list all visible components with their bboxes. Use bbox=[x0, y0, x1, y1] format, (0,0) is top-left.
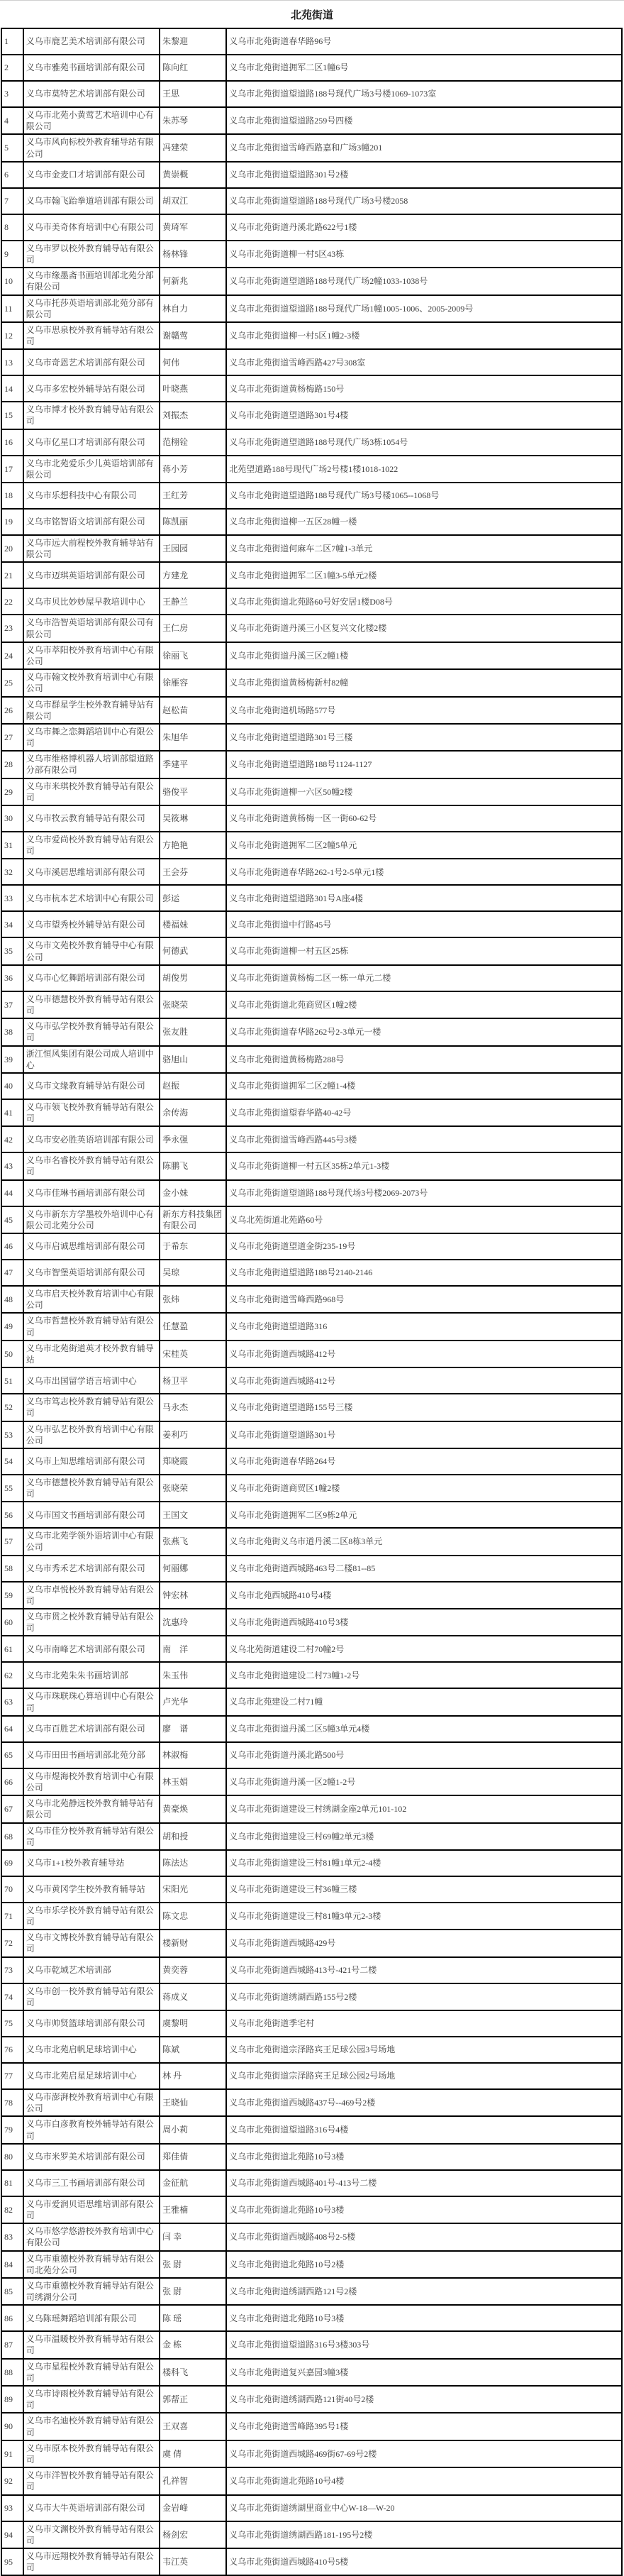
address-cell: 义乌市北苑街道西城路401号-413号二楼 bbox=[226, 2170, 622, 2196]
table-row: 22义乌市贝比妙妙屋早教培训中心王静兰义乌市北苑街道北苑路60号好安居1楼D08… bbox=[1, 588, 622, 615]
address-cell: 义乌市北苑街道雪峰路395号1楼 bbox=[226, 2413, 622, 2440]
org-name-cell: 义乌市新东方学墨校外培训中心有限公司北苑分公司 bbox=[23, 1206, 160, 1233]
table-row: 82义乌市爱润贝语思维培训部有限公司王雅楠义乌市北苑街道北苑路10号3楼 bbox=[1, 2196, 622, 2223]
contact-name-cell: 郑佳倩 bbox=[160, 2144, 226, 2170]
table-row: 31义乌市爱尚校外教育辅导站有限公司方艳艳义乌市北苑街道拥军二区2幢5单元 bbox=[1, 832, 622, 859]
row-number-cell: 18 bbox=[1, 483, 23, 509]
address-cell: 义乌市北苑街道丹溪三区2幢1楼 bbox=[226, 642, 622, 669]
row-number-cell: 57 bbox=[1, 1528, 23, 1555]
org-name-cell: 义乌市群星学生校外教育辅导站有限公司 bbox=[23, 697, 160, 724]
row-number-cell: 15 bbox=[1, 402, 23, 429]
address-cell: 义乌市北苑街道绣湖西路181-195号2楼 bbox=[226, 2521, 622, 2548]
address-cell: 义乌市北苑街道绣湖西路121号2楼 bbox=[226, 2278, 622, 2305]
contact-name-cell: 黄琦军 bbox=[160, 214, 226, 241]
table-row: 86义乌陈瑶舞蹈培训部有限公司陈 瑶义乌市北苑街道北苑路10号3楼 bbox=[1, 2305, 622, 2331]
contact-name-cell: 孔祥智 bbox=[160, 2467, 226, 2494]
table-row: 35义乌市文苑校外教育辅导中心有限公司何德武义乌市北苑街道柳一村五区25栋 bbox=[1, 937, 622, 964]
org-name-cell: 义乌市国文书画培训部有限公司 bbox=[23, 1502, 160, 1528]
address-cell: 义乌市北苑街道丹溪北路500号 bbox=[226, 1742, 622, 1768]
address-cell: 义乌市北苑街道建设三村81幢1单元2-4楼 bbox=[226, 1850, 622, 1876]
org-name-cell: 义乌市米罗美术培训部有限公司 bbox=[23, 2144, 160, 2170]
org-name-cell: 义乌市佳琳书画培训部有限公司 bbox=[23, 1180, 160, 1206]
contact-name-cell: 徐雁容 bbox=[160, 669, 226, 696]
org-name-cell: 义乌市乐想科技中心有限公司 bbox=[23, 483, 160, 509]
org-name-cell: 义乌市鹿艺美术培训部有限公司 bbox=[23, 28, 160, 55]
contact-name-cell: 陈凯丽 bbox=[160, 509, 226, 535]
address-cell: 义乌市北苑街道宗泽路宾王足球公园2号场地 bbox=[226, 2063, 622, 2089]
address-cell: 义乌北苑街道建设二村70幢2号 bbox=[226, 1636, 622, 1662]
row-number-cell: 40 bbox=[1, 1073, 23, 1099]
table-row: 69义乌市1+1校外教育辅导站陈法达义乌市北苑街道建设三村81幢1单元2-4楼 bbox=[1, 1850, 622, 1876]
row-number-cell: 91 bbox=[1, 2440, 23, 2467]
table-row: 75义乌市帅贤篮球培训部有限公司虞黎明义乌市北苑街道季宅村 bbox=[1, 2010, 622, 2037]
address-cell: 义乌市北苑街道丹溪北路622号1楼 bbox=[226, 214, 622, 241]
contact-name-cell: 林自力 bbox=[160, 295, 226, 322]
contact-name-cell: 赵松苗 bbox=[160, 697, 226, 724]
address-cell: 义乌市北苑街道柳一六区50幢2楼 bbox=[226, 778, 622, 805]
address-cell: 义乌市北苑街道西城路408号2-5楼 bbox=[226, 2223, 622, 2250]
address-cell: 义乌市北苑街道建设三村69幢2单元3楼 bbox=[226, 1823, 622, 1850]
table-row: 47义乌市智堡英语培训部有限公司吴琼义乌市北苑街道望道路188号2140-214… bbox=[1, 1260, 622, 1286]
org-name-cell: 义乌市启天校外教育培训中心有限公司 bbox=[23, 1286, 160, 1313]
contact-name-cell: 金小妹 bbox=[160, 1180, 226, 1206]
contact-name-cell: 胡双江 bbox=[160, 188, 226, 214]
contact-name-cell: 郑晓霞 bbox=[160, 1448, 226, 1475]
org-name-cell: 义乌市智堡英语培训部有限公司 bbox=[23, 1260, 160, 1286]
org-name-cell: 义乌市心忆舞蹈培训部有限公司 bbox=[23, 965, 160, 991]
table-row: 32义乌市溪居思维培训部有限公司王会芬义乌市北苑街道春华路262-1号2-5单元… bbox=[1, 859, 622, 885]
contact-name-cell: 王雅楠 bbox=[160, 2196, 226, 2223]
contact-name-cell: 廖 谱 bbox=[160, 1716, 226, 1742]
table-row: 90义乌市名迪校外教育辅导站有限公司王双喜义乌市北苑街道雪峰路395号1楼 bbox=[1, 2413, 622, 2440]
org-name-cell: 义乌市溪居思维培训部有限公司 bbox=[23, 859, 160, 885]
address-cell: 义乌市北苑街道拥军二区9栋2单元 bbox=[226, 1502, 622, 1528]
row-number-cell: 63 bbox=[1, 1688, 23, 1715]
table-row: 51义乌市出国留学语言培训中心杨卫平义乌市北苑街道西城路412号 bbox=[1, 1367, 622, 1394]
row-number-cell: 88 bbox=[1, 2359, 23, 2386]
contact-name-cell: 吴筱琳 bbox=[160, 805, 226, 832]
org-name-cell: 义乌市文缘教育辅导站有限公司 bbox=[23, 1073, 160, 1099]
table-row: 67义乌市北苑静远校外教育辅导站有限公司黄豪焕义乌市北苑街道建设三村绣湖金座2单… bbox=[1, 1795, 622, 1822]
table-row: 58义乌市秀禾艺术培训部有限公司何丽娜义乌市北苑街道西城路463号二楼81--8… bbox=[1, 1556, 622, 1582]
contact-name-cell: 张晓荣 bbox=[160, 991, 226, 1018]
address-cell: 义乌市北苑街道望道路188号现代广场3栋1054号 bbox=[226, 429, 622, 456]
contact-name-cell: 张燕飞 bbox=[160, 1528, 226, 1555]
table-row: 73义乌市乾域艺术培训部黄奕蓉义乌市北苑街道西城路413号-421号二楼 bbox=[1, 1957, 622, 1983]
table-row: 15义乌市博才校外教育辅导站有限公司刘振杰义乌市北苑街道望道路301号4楼 bbox=[1, 402, 622, 429]
org-name-cell: 义乌市舞之恋舞蹈培训中心有限公司 bbox=[23, 724, 160, 751]
row-number-cell: 2 bbox=[1, 55, 23, 81]
table-row: 66义乌市煜海校外教育培训中心有限公司林玉娟义乌市北苑街道丹溪一区2幢1-2号 bbox=[1, 1768, 622, 1795]
address-cell: 义乌北苑街道北苑路60号 bbox=[226, 1206, 622, 1233]
row-number-cell: 71 bbox=[1, 1903, 23, 1930]
contact-name-cell: 马永杰 bbox=[160, 1394, 226, 1421]
address-cell: 义乌市北苑街道春华路262号2-3单元一楼 bbox=[226, 1018, 622, 1045]
contact-name-cell: 余传海 bbox=[160, 1099, 226, 1126]
row-number-cell: 62 bbox=[1, 1662, 23, 1688]
table-row: 44义乌市佳琳书画培训部有限公司金小妹义乌市北苑街道望道路188号现代场3号楼2… bbox=[1, 1180, 622, 1206]
table-row: 93义乌市大牛英语培训部有限公司金岩峰义乌市北苑街道绣湖里商业中心W-18—W-… bbox=[1, 2495, 622, 2521]
table-row: 83义乌市悠学悠游校外教育培训中心有限公司闫 幸义乌市北苑街道西城路408号2-… bbox=[1, 2223, 622, 2250]
contact-name-cell: 陈 瑶 bbox=[160, 2305, 226, 2331]
org-name-cell: 义乌市翰文校外教育培训中心有限公司 bbox=[23, 669, 160, 696]
row-number-cell: 95 bbox=[1, 2548, 23, 2575]
row-number-cell: 69 bbox=[1, 1850, 23, 1876]
org-name-cell: 义乌市珠联珠心算培训中心有限公司 bbox=[23, 1688, 160, 1715]
org-name-cell: 义乌市北苑小黄莺艺术培训中心有限公司 bbox=[23, 107, 160, 134]
row-number-cell: 70 bbox=[1, 1876, 23, 1903]
org-name-cell: 义乌市田田书画培训部北苑分部 bbox=[23, 1742, 160, 1768]
contact-name-cell: 任慧盈 bbox=[160, 1313, 226, 1340]
org-name-cell: 义乌市澎湃校外教育培训中心有限公司 bbox=[23, 2089, 160, 2116]
org-name-cell: 义乌市煜海校外教育培训中心有限公司 bbox=[23, 1768, 160, 1795]
org-name-cell: 义乌市远大前程校外教育辅导站有限公司 bbox=[23, 535, 160, 562]
row-number-cell: 87 bbox=[1, 2331, 23, 2358]
table-row: 64义乌市百胜艺术培训部有限公司廖 谱义乌市北苑街道丹溪二区5幢3单元4楼 bbox=[1, 1716, 622, 1742]
address-cell: 义乌市北苑街道建设二村73幢1-2号 bbox=[226, 1662, 622, 1688]
org-name-cell: 义乌市文渊校外教育辅导站有限公司 bbox=[23, 2521, 160, 2548]
contact-name-cell: 王思 bbox=[160, 81, 226, 107]
address-cell: 义乌市北苑街道黄杨梅一区一街60-62号 bbox=[226, 805, 622, 832]
table-row: 74义乌市创一校外教育辅导站有限公司蒋成义义乌市北苑街道绣湖西路155号2楼 bbox=[1, 1983, 622, 2010]
table-row: 95义乌市远翔校外教育辅导站有限公司韦江英义乌市北苑街道西城路410号5楼 bbox=[1, 2548, 622, 2575]
address-cell: 义乌市北苑街道望道路301号2楼 bbox=[226, 162, 622, 188]
org-name-cell: 义乌市星程校外教育辅导站有限公司 bbox=[23, 2359, 160, 2386]
org-name-cell: 义乌市弘学校外教育辅导站有限公司 bbox=[23, 1018, 160, 1045]
table-row: 78义乌市澎湃校外教育培训中心有限公司王晓仙义乌市北苑街道西城路437号--46… bbox=[1, 2089, 622, 2116]
table-row: 5义乌市风向标校外教育辅导站有限公司冯建荣义乌市北苑街道雪峰西路嘉和广场3幢20… bbox=[1, 134, 622, 161]
org-name-cell: 义乌市维格博机器人培训部望道路分部有限公司 bbox=[23, 751, 160, 778]
contact-name-cell: 徐丽飞 bbox=[160, 642, 226, 669]
contact-name-cell: 陈向红 bbox=[160, 55, 226, 81]
row-number-cell: 85 bbox=[1, 2278, 23, 2305]
table-row: 43义乌市名睿校外教育辅导站有限公司陈鹏飞义乌市北苑街道柳一村五区35栋2单元1… bbox=[1, 1152, 622, 1179]
address-cell: 义乌市北苑街道建设三村绣湖金座2单元101-102 bbox=[226, 1795, 622, 1822]
row-number-cell: 1 bbox=[1, 28, 23, 55]
address-cell: 义乌市北苑街道望道路259号四楼 bbox=[226, 107, 622, 134]
contact-name-cell: 虞 倩 bbox=[160, 2440, 226, 2467]
contact-name-cell: 宋桂英 bbox=[160, 1341, 226, 1367]
table-row: 61义乌市南峰艺术培训部有限公司南 洋义乌北苑街道建设二村70幢2号 bbox=[1, 1636, 622, 1662]
org-name-cell: 义乌市思泉校外教育辅导站有限公司 bbox=[23, 322, 160, 349]
org-name-cell: 义乌市莫特艺术培训部有限公司 bbox=[23, 81, 160, 107]
row-number-cell: 33 bbox=[1, 885, 23, 911]
org-name-cell: 义乌市爱尚校外教育辅导站有限公司 bbox=[23, 832, 160, 859]
org-name-cell: 义乌市远翔校外教育辅导站有限公司 bbox=[23, 2548, 160, 2575]
table-row: 84义乌市重德校外教育辅导站有限公司北苑分公司张 尉义乌市北苑街道北苑路10号2… bbox=[1, 2251, 622, 2278]
contact-name-cell: 宋阳光 bbox=[160, 1876, 226, 1903]
table-row: 89义乌市诗雨校外教育辅导站有限公司郭帮正义乌市北苑街道绣湖西路121街40号2… bbox=[1, 2386, 622, 2413]
org-name-cell: 义乌市望秀校外辅导站有限公司 bbox=[23, 911, 160, 937]
address-cell: 义乌市北苑街道拥军二区2幢5单元 bbox=[226, 832, 622, 859]
address-cell: 义乌市北苑西城路410号4楼 bbox=[226, 1582, 622, 1609]
table-row: 60义乌市贯之校外教育辅导站有限公司沈惠玲义乌市北苑街道西城路410号3楼 bbox=[1, 1609, 622, 1636]
contact-name-cell: 张 尉 bbox=[160, 2251, 226, 2278]
row-number-cell: 64 bbox=[1, 1716, 23, 1742]
contact-name-cell: 周小莉 bbox=[160, 2116, 226, 2143]
contact-name-cell: 吴琼 bbox=[160, 1260, 226, 1286]
address-cell: 义乌市北苑街道北苑路10号4楼 bbox=[226, 2467, 622, 2494]
address-cell: 义乌市北苑街道望道路188号现代广场2幢1033-1038号 bbox=[226, 268, 622, 295]
row-number-cell: 68 bbox=[1, 1823, 23, 1850]
contact-name-cell: 楼新财 bbox=[160, 1930, 226, 1956]
org-name-cell: 义乌市洋智校外教育辅导站有限公司 bbox=[23, 2467, 160, 2494]
contact-name-cell: 闫 幸 bbox=[160, 2223, 226, 2250]
row-number-cell: 50 bbox=[1, 1341, 23, 1367]
address-cell: 义乌市北苑街道春华路96号 bbox=[226, 28, 622, 55]
contact-name-cell: 杨剑宏 bbox=[160, 2521, 226, 2548]
org-name-cell: 义乌市翰飞跆拳道培训部有限公司 bbox=[23, 188, 160, 214]
contact-name-cell: 方艳艳 bbox=[160, 832, 226, 859]
address-cell: 义乌市北苑街道望道路316号4楼 bbox=[226, 2116, 622, 2143]
contact-name-cell: 金 栋 bbox=[160, 2331, 226, 2358]
contact-name-cell: 骆俊平 bbox=[160, 778, 226, 805]
address-cell: 义乌市北苑街道中行路45号 bbox=[226, 911, 622, 937]
row-number-cell: 19 bbox=[1, 509, 23, 535]
contact-name-cell: 韦江英 bbox=[160, 2548, 226, 2575]
training-institutions-table: 1义乌市鹿艺美术培训部有限公司朱黎迎义乌市北苑街道春华路96号2义乌市雅苑书画培… bbox=[1, 28, 623, 2576]
address-cell: 义乌市北苑街道春华路264号 bbox=[226, 1448, 622, 1475]
org-name-cell: 义乌市北苑爱乐少儿英语培训部有限公司 bbox=[23, 456, 160, 483]
org-name-cell: 义乌市三工书画培训部有限公司 bbox=[23, 2170, 160, 2196]
row-number-cell: 3 bbox=[1, 81, 23, 107]
row-number-cell: 24 bbox=[1, 642, 23, 669]
org-name-cell: 义乌市领飞校外教育辅导站有限公司 bbox=[23, 1099, 160, 1126]
org-name-cell: 义乌市缘墨斋书画培训部北苑分部有限公司 bbox=[23, 268, 160, 295]
table-row: 8义乌市美奇体育培训中心有限公司黄琦军义乌市北苑街道丹溪北路622号1楼 bbox=[1, 214, 622, 241]
contact-name-cell: 钟宏林 bbox=[160, 1582, 226, 1609]
row-number-cell: 34 bbox=[1, 911, 23, 937]
table-row: 11义乌市托莎英语培训部北苑分部有限公司林自力义乌市北苑街道望道路188号现代广… bbox=[1, 295, 622, 322]
row-number-cell: 38 bbox=[1, 1018, 23, 1045]
row-number-cell: 11 bbox=[1, 295, 23, 322]
row-number-cell: 76 bbox=[1, 2037, 23, 2063]
row-number-cell: 52 bbox=[1, 1394, 23, 1421]
row-number-cell: 44 bbox=[1, 1180, 23, 1206]
address-cell: 义乌市北苑街道春华路262-1号2-5单元1楼 bbox=[226, 859, 622, 885]
contact-name-cell: 谢赣莺 bbox=[160, 322, 226, 349]
row-number-cell: 51 bbox=[1, 1367, 23, 1394]
row-number-cell: 4 bbox=[1, 107, 23, 134]
address-cell: 义乌市北苑街道望道路301号三楼 bbox=[226, 724, 622, 751]
org-name-cell: 义乌市白彦教育校外辅导站有限公司 bbox=[23, 2116, 160, 2143]
table-row: 14义乌市多宏校外辅导站有限公司叶晓燕义乌市北苑街道黄杨梅路150号 bbox=[1, 375, 622, 402]
row-number-cell: 41 bbox=[1, 1099, 23, 1126]
address-cell: 义乌市北苑街道柳一五区28幢一楼 bbox=[226, 509, 622, 535]
row-number-cell: 9 bbox=[1, 241, 23, 268]
contact-name-cell: 王国文 bbox=[160, 1502, 226, 1528]
table-row: 56义乌市国文书画培训部有限公司王国文义乌市北苑街道拥军二区9栋2单元 bbox=[1, 1502, 622, 1528]
table-row: 65义乌市田田书画培训部北苑分部林淑梅义乌市北苑街道丹溪北路500号 bbox=[1, 1742, 622, 1768]
org-name-cell: 义乌市多宏校外辅导站有限公司 bbox=[23, 375, 160, 402]
contact-name-cell: 叶晓燕 bbox=[160, 375, 226, 402]
address-cell: 义乌市北苑街道西城路429号 bbox=[226, 1930, 622, 1956]
contact-name-cell: 张炜 bbox=[160, 1286, 226, 1313]
org-name-cell: 义乌市1+1校外教育辅导站 bbox=[23, 1850, 160, 1876]
org-name-cell: 义乌市诗雨校外教育辅导站有限公司 bbox=[23, 2386, 160, 2413]
org-name-cell: 义乌市奇恩艺术培训部有限公司 bbox=[23, 349, 160, 375]
row-number-cell: 49 bbox=[1, 1313, 23, 1340]
contact-name-cell: 陈鹏飞 bbox=[160, 1152, 226, 1179]
org-name-cell: 义乌市温暖校外教育辅导站有限公司 bbox=[23, 2331, 160, 2358]
table-row: 6义乌市金麦口才培训部有限公司黄崇概义乌市北苑街道望道路301号2楼 bbox=[1, 162, 622, 188]
table-row: 27义乌市舞之恋舞蹈培训中心有限公司朱旭华义乌市北苑街道望道路301号三楼 bbox=[1, 724, 622, 751]
row-number-cell: 86 bbox=[1, 2305, 23, 2331]
org-name-cell: 义乌市重德校外教育辅导站有限公司北苑分公司 bbox=[23, 2251, 160, 2278]
address-cell: 义乌市北苑街道黄杨梅新村82幢 bbox=[226, 669, 622, 696]
address-cell: 义乌市北苑街道建设三村81幢3单元2-3楼 bbox=[226, 1903, 622, 1930]
org-name-cell: 义乌市哲慧校外教育辅导站有限公司 bbox=[23, 1313, 160, 1340]
org-name-cell: 义乌市出国留学语言培训中心 bbox=[23, 1367, 160, 1394]
contact-name-cell: 朱旭华 bbox=[160, 724, 226, 751]
contact-name-cell: 张 尉 bbox=[160, 2278, 226, 2305]
table-row: 81义乌市三工书画培训部有限公司金征航义乌市北苑街道西城路401号-413号二楼 bbox=[1, 2170, 622, 2196]
table-row: 33义乌市杭本艺术培训中心有限公司彭运义乌市北苑街道望道路301号A座4楼 bbox=[1, 885, 622, 911]
table-row: 26义乌市群星学生校外教育辅导站有限公司赵松苗义乌市北苑街道机场路577号 bbox=[1, 697, 622, 724]
address-cell: 义乌市北苑街道北苑路10号3楼 bbox=[226, 2144, 622, 2170]
address-cell: 义乌市北苑街道望道路301号4楼 bbox=[226, 402, 622, 429]
contact-name-cell: 卢光华 bbox=[160, 1688, 226, 1715]
org-name-cell: 义乌市南峰艺术培训部有限公司 bbox=[23, 1636, 160, 1662]
org-name-cell: 义乌市北苑街道英才校外教育辅导站 bbox=[23, 1341, 160, 1367]
contact-name-cell: 林淑梅 bbox=[160, 1742, 226, 1768]
row-number-cell: 92 bbox=[1, 2467, 23, 2494]
contact-name-cell: 胡和授 bbox=[160, 1823, 226, 1850]
table-row: 28义乌市维格博机器人培训部望道路分部有限公司季建平义乌市北苑街道望道路188号… bbox=[1, 751, 622, 778]
table-row: 72义乌市文博校外教育辅导站有限公司楼新财义乌市北苑街道西城路429号 bbox=[1, 1930, 622, 1956]
row-number-cell: 84 bbox=[1, 2251, 23, 2278]
address-cell: 北苑望道路188号现代广场2号楼1楼1018-1022 bbox=[226, 456, 622, 483]
table-row: 40义乌市文缘教育辅导站有限公司赵振义乌市北苑街道拥军二区2幢1-4楼 bbox=[1, 1073, 622, 1099]
contact-name-cell: 季建平 bbox=[160, 751, 226, 778]
contact-name-cell: 黄奕蓉 bbox=[160, 1957, 226, 1983]
contact-name-cell: 虞黎明 bbox=[160, 2010, 226, 2037]
org-name-cell: 义乌市帅贤篮球培训部有限公司 bbox=[23, 2010, 160, 2037]
table-row: 23义乌市浩智英语培训部有限公司有限公司王仁房义乌市北苑街道丹溪三小区复兴文化楼… bbox=[1, 615, 622, 642]
org-name-cell: 义乌市萃阳校外教育培训中心有限公司 bbox=[23, 642, 160, 669]
address-cell: 义乌市北苑街道西城路413号-421号二楼 bbox=[226, 1957, 622, 1983]
address-cell: 义乌市北苑街道望道路188号现代场3号楼2069-2073号 bbox=[226, 1180, 622, 1206]
contact-name-cell: 郭帮正 bbox=[160, 2386, 226, 2413]
address-cell: 义乌市北苑街道丹溪三小区复兴文化楼2楼 bbox=[226, 615, 622, 642]
row-number-cell: 89 bbox=[1, 2386, 23, 2413]
table-row: 42义乌市安必胜英语培训部有限公司季永强义乌市北苑街道雪峰西路445号3楼 bbox=[1, 1126, 622, 1152]
row-number-cell: 83 bbox=[1, 2223, 23, 2250]
org-name-cell: 义乌市北苑启星足球培训中心 bbox=[23, 2063, 160, 2089]
table-row: 25义乌市翰文校外教育培训中心有限公司徐雁容义乌市北苑街道黄杨梅新村82幢 bbox=[1, 669, 622, 696]
table-row: 80义乌市米罗美术培训部有限公司郑佳倩义乌市北苑街道北苑路10号3楼 bbox=[1, 2144, 622, 2170]
org-name-cell: 义乌市托莎英语培训部北苑分部有限公司 bbox=[23, 295, 160, 322]
row-number-cell: 53 bbox=[1, 1421, 23, 1448]
table-row: 52义乌市笃志校外教育辅导站有限公司马永杰义乌市北苑街道望道路155号三楼 bbox=[1, 1394, 622, 1421]
org-name-cell: 义乌市悠学悠游校外教育培训中心有限公司 bbox=[23, 2223, 160, 2250]
row-number-cell: 17 bbox=[1, 456, 23, 483]
address-cell: 义乌市北苑街道机场路577号 bbox=[226, 697, 622, 724]
contact-name-cell: 新东方科技集团有限公司 bbox=[160, 1206, 226, 1233]
org-name-cell: 义乌市卓悦校外教育辅导站有限公司 bbox=[23, 1582, 160, 1609]
contact-name-cell: 杨卫平 bbox=[160, 1367, 226, 1394]
org-name-cell: 浙江恒风集团有限公司成人培训中心 bbox=[23, 1046, 160, 1073]
table-row: 91义乌市原本校外教育辅导站有限公司虞 倩义乌市北苑街道西城路469街67-69… bbox=[1, 2440, 622, 2467]
address-cell: 义乌市北苑街道建设三村36幢三楼 bbox=[226, 1876, 622, 1903]
contact-name-cell: 何新兆 bbox=[160, 268, 226, 295]
contact-name-cell: 楼科飞 bbox=[160, 2359, 226, 2386]
row-number-cell: 66 bbox=[1, 1768, 23, 1795]
table-row: 18义乌市乐想科技中心有限公司王红芳义乌市北苑街道望道路188号现代广场3号楼1… bbox=[1, 483, 622, 509]
table-row: 71义乌市乐学校外教育辅导站有限公司陈文忠义乌市北苑街道建设三村81幢3单元2-… bbox=[1, 1903, 622, 1930]
contact-name-cell: 林 丹 bbox=[160, 2063, 226, 2089]
table-row: 34义乌市望秀校外辅导站有限公司楼福妹义乌市北苑街道中行路45号 bbox=[1, 911, 622, 937]
org-name-cell: 义乌市笃志校外教育辅导站有限公司 bbox=[23, 1394, 160, 1421]
org-name-cell: 义乌市弘艺校外教育培训中心有限公司 bbox=[23, 1421, 160, 1448]
contact-name-cell: 于希东 bbox=[160, 1233, 226, 1260]
contact-name-cell: 黄豪焕 bbox=[160, 1795, 226, 1822]
org-name-cell: 义乌市创一校外教育辅导站有限公司 bbox=[23, 1983, 160, 2010]
row-number-cell: 37 bbox=[1, 991, 23, 1018]
table-row: 19义乌市铭智语文培训部有限公司陈凯丽义乌市北苑街道柳一五区28幢一楼 bbox=[1, 509, 622, 535]
address-cell: 义乌市北苑街道黄杨梅二区一栋一单元二楼 bbox=[226, 965, 622, 991]
table-row: 54义乌市上知思维培训部有限公司郑晓霞义乌市北苑街道春华路264号 bbox=[1, 1448, 622, 1475]
row-number-cell: 55 bbox=[1, 1475, 23, 1502]
row-number-cell: 94 bbox=[1, 2521, 23, 2548]
org-name-cell: 义乌市迈琪英语培训部有限公司 bbox=[23, 562, 160, 588]
row-number-cell: 74 bbox=[1, 1983, 23, 2010]
address-cell: 义乌市北苑街道拥军二区1幢6号 bbox=[226, 55, 622, 81]
table-row: 48义乌市启天校外教育培训中心有限公司张炜义乌市北苑街道雪峰西路968号 bbox=[1, 1286, 622, 1313]
row-number-cell: 54 bbox=[1, 1448, 23, 1475]
org-name-cell: 义乌市北苑学领外语培训中心有限公司 bbox=[23, 1528, 160, 1555]
table-row: 76义乌市北苑启帆足球培训中心陈斌义乌市北苑街道宗泽路宾王足球公园3号场地 bbox=[1, 2037, 622, 2063]
table-row: 2义乌市雅苑书画培训部有限公司陈向红义乌市北苑街道拥军二区1幢6号 bbox=[1, 55, 622, 81]
row-number-cell: 93 bbox=[1, 2495, 23, 2521]
row-number-cell: 90 bbox=[1, 2413, 23, 2440]
address-cell: 义乌市北苑建设二村71幢 bbox=[226, 1688, 622, 1715]
table-row: 1义乌市鹿艺美术培训部有限公司朱黎迎义乌市北苑街道春华路96号 bbox=[1, 28, 622, 55]
org-name-cell: 义乌市黄冈学生校外教育辅导站 bbox=[23, 1876, 160, 1903]
row-number-cell: 36 bbox=[1, 965, 23, 991]
table-row: 36义乌市心忆舞蹈培训部有限公司胡俊男义乌市北苑街道黄杨梅二区一栋一单元二楼 bbox=[1, 965, 622, 991]
table-row: 24义乌市萃阳校外教育培训中心有限公司徐丽飞义乌市北苑街道丹溪三区2幢1楼 bbox=[1, 642, 622, 669]
table-row: 70义乌市黄冈学生校外教育辅导站宋阳光义乌市北苑街道建设三村36幢三楼 bbox=[1, 1876, 622, 1903]
address-cell: 义乌市北苑街道西城路469街67-69号2楼 bbox=[226, 2440, 622, 2467]
org-name-cell: 义乌市佳分校外教育辅导站有限公司 bbox=[23, 1823, 160, 1850]
row-number-cell: 80 bbox=[1, 2144, 23, 2170]
row-number-cell: 47 bbox=[1, 1260, 23, 1286]
row-number-cell: 25 bbox=[1, 669, 23, 696]
address-cell: 义乌市北苑街道望道路316 bbox=[226, 1313, 622, 1340]
table-row: 57义乌市北苑学领外语培训中心有限公司张燕飞义乌市北苑街义乌市道丹溪二区8栋3单… bbox=[1, 1528, 622, 1555]
address-cell: 义乌市北苑街道北苑路10号3楼 bbox=[226, 2305, 622, 2331]
address-cell: 义乌市北苑街道望道金街235-19号 bbox=[226, 1233, 622, 1260]
address-cell: 义乌市北苑街道北苑商贸区1幢2楼 bbox=[226, 991, 622, 1018]
address-cell: 义乌市北苑街道西城路437号--469号2楼 bbox=[226, 2089, 622, 2116]
address-cell: 义乌市北苑街道拥军二区2幢1-4楼 bbox=[226, 1073, 622, 1099]
org-name-cell: 义乌市博才校外教育辅导站有限公司 bbox=[23, 402, 160, 429]
address-cell: 义乌市北苑街道望道路188号现代广场3号楼1069-1073室 bbox=[226, 81, 622, 107]
row-number-cell: 73 bbox=[1, 1957, 23, 1983]
contact-name-cell: 张友胜 bbox=[160, 1018, 226, 1045]
table-row: 77义乌市北苑启星足球培训中心林 丹义乌市北苑街道宗泽路宾王足球公园2号场地 bbox=[1, 2063, 622, 2089]
contact-name-cell: 朱苏琴 bbox=[160, 107, 226, 134]
contact-name-cell: 张晓荣 bbox=[160, 1475, 226, 1502]
contact-name-cell: 朱黎迎 bbox=[160, 28, 226, 55]
contact-name-cell: 陈斌 bbox=[160, 2037, 226, 2063]
contact-name-cell: 王会芬 bbox=[160, 859, 226, 885]
table-row: 92义乌市洋智校外教育辅导站有限公司孔祥智义乌市北苑街道北苑路10号4楼 bbox=[1, 2467, 622, 2494]
contact-name-cell: 王红芳 bbox=[160, 483, 226, 509]
org-name-cell: 义乌市贝比妙妙屋早教培训中心 bbox=[23, 588, 160, 615]
contact-name-cell: 蒋成义 bbox=[160, 1983, 226, 2010]
